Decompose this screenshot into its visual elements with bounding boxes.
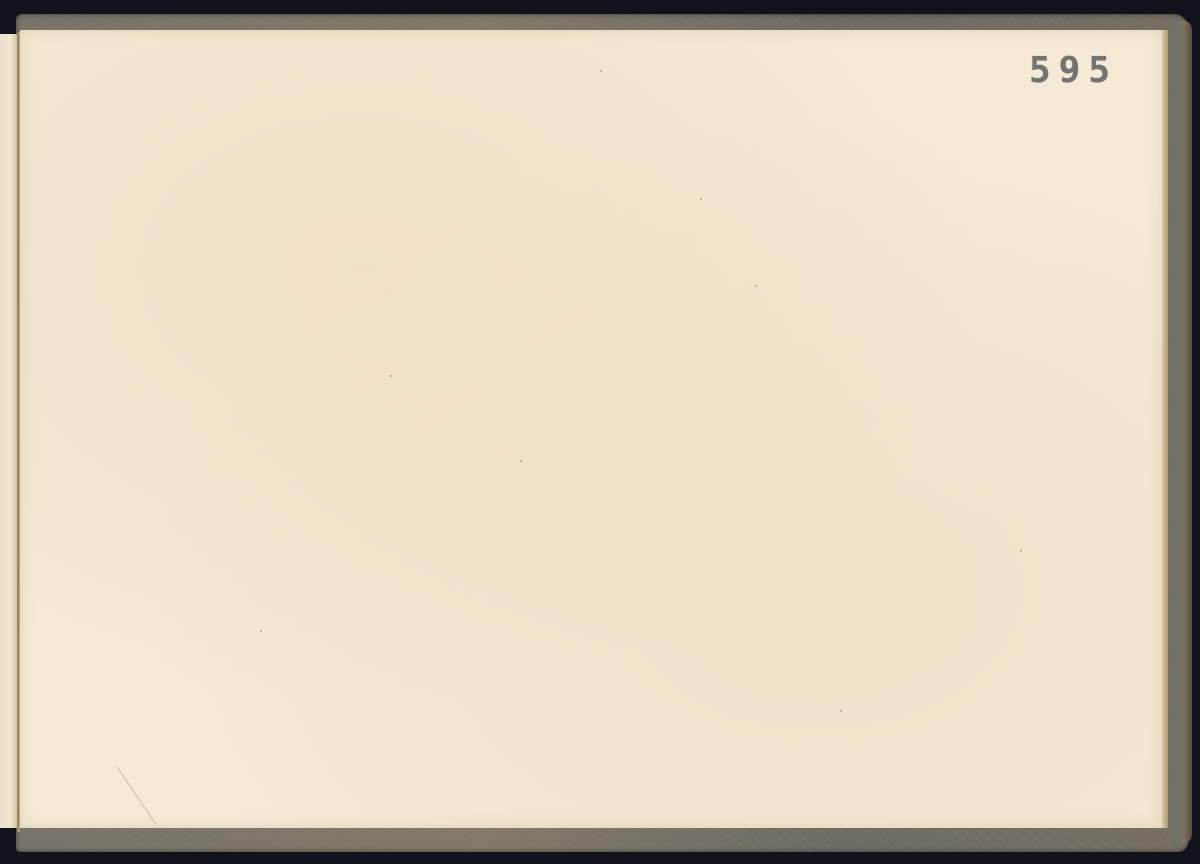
paper-crease — [116, 766, 156, 825]
foxing-spot — [390, 375, 392, 377]
page-number-stamp: 595 — [1029, 50, 1118, 91]
page-edge — [1162, 30, 1168, 828]
foxing-spot — [755, 285, 757, 287]
foxing-spot — [260, 630, 262, 632]
scanned-page-image: 595 — [0, 0, 1200, 864]
foxing-spot — [840, 710, 842, 712]
foxing-spot — [600, 70, 602, 72]
left-page-sliver — [0, 34, 18, 828]
foxing-spot — [1020, 550, 1022, 552]
foxing-spot — [700, 198, 702, 200]
cover-edge — [1172, 20, 1192, 844]
blank-page: 595 — [20, 30, 1162, 828]
foxing-spot — [520, 460, 522, 462]
